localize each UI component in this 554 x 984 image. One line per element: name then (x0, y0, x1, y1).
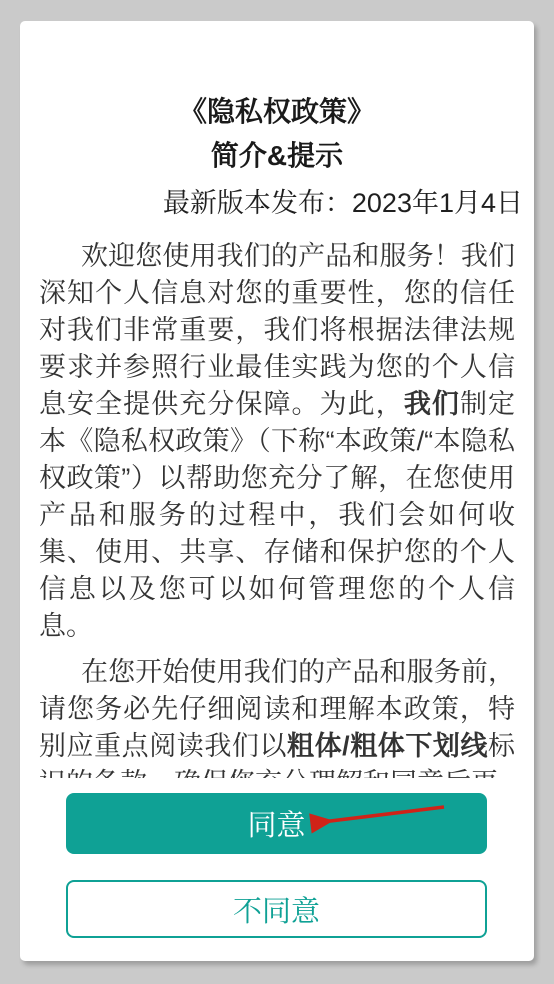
page-background: { "page": { "background_color": "#cacaca… (0, 0, 554, 984)
release-date: 最新版本发布：2023年1月4日 (39, 184, 523, 222)
dialog-header: 《隐私权政策》 简介&提示 (20, 92, 534, 176)
agree-button[interactable]: 同意 (66, 793, 487, 854)
policy-paragraph: 欢迎您使用我们的产品和服务！我们深知个人信息对您的重要性，您的信任对我们非常重要… (39, 238, 515, 645)
dialog-title: 《隐私权政策》 (20, 92, 534, 132)
policy-paragraph: 在您开始使用我们的产品和服务前，请您务必先仔细阅读和理解本政策，特别应重点阅读我… (39, 654, 515, 778)
privacy-policy-dialog: 《隐私权政策》 简介&提示 最新版本发布：2023年1月4日 欢迎您使用我们的产… (20, 21, 534, 961)
dialog-subtitle: 简介&提示 (20, 136, 534, 176)
policy-text-scroll-area[interactable]: 欢迎您使用我们的产品和服务！我们深知个人信息对您的重要性，您的信任对我们非常重要… (39, 238, 515, 778)
disagree-button[interactable]: 不同意 (66, 880, 487, 938)
